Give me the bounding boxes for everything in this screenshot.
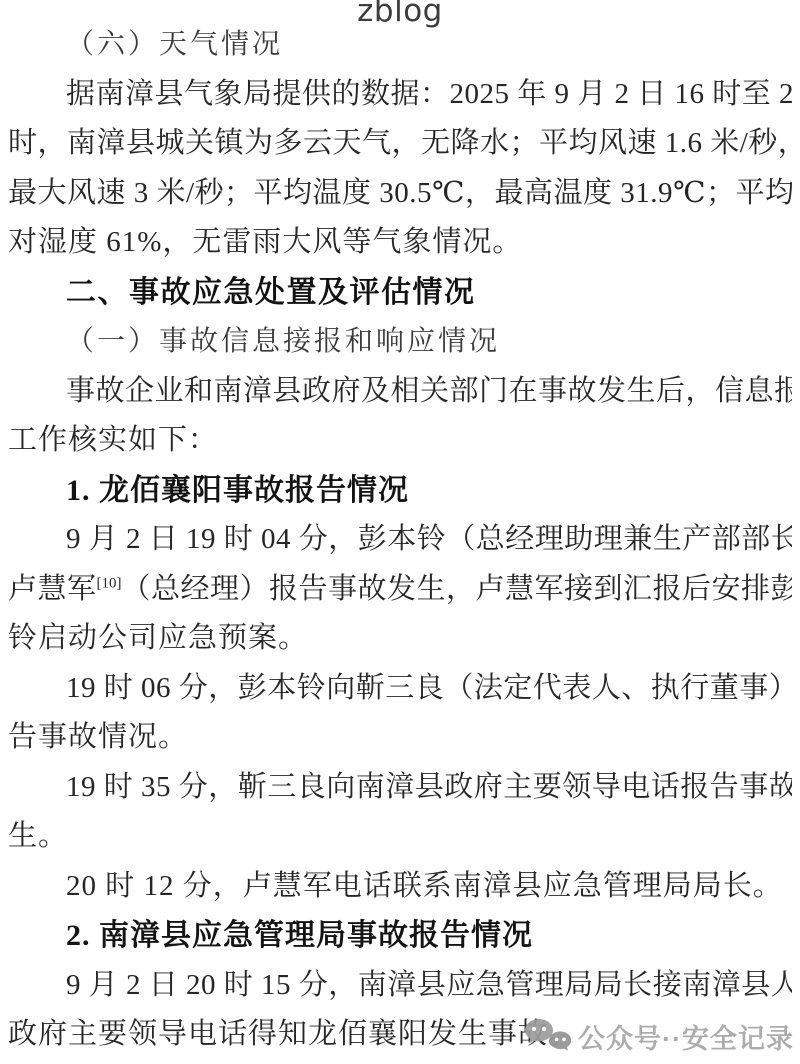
scanned-report-page: zblog （六）天气情况 据南漳县气象局提供的数据：2025 年 9 月 2 … (0, 0, 800, 1064)
weather-paragraph-line-3: 最大风速 3 米/秒；平均温度 30.5℃，最高温度 31.9℃；平均相 (8, 169, 792, 219)
account-watermark-text: 公众号··安全记录 (578, 1017, 794, 1056)
text-before-footnote: 卢慧军 (8, 573, 97, 605)
weather-paragraph-line-2: 时，南漳县城关镇为多云天气，无降水；平均风速 1.6 米/秒， (8, 119, 792, 169)
longbai-paragraph-line-3: 铃启动公司应急预案。 (8, 614, 792, 664)
report-1906-line-1: 19 时 06 分，彭本铃向靳三良（法定代表人、执行董事）报 (8, 664, 792, 714)
subheading-weather: （六）天气情况 (8, 20, 792, 70)
intro-paragraph-line-1: 事故企业和南漳县政府及相关部门在事故发生后，信息报告 (8, 367, 792, 417)
report-1935-line-1: 19 时 35 分，靳三良向南漳县政府主要领导电话报告事故发 (8, 763, 792, 813)
report-1935-line-2: 生。 (8, 812, 792, 862)
report-2012-line: 20 时 12 分，卢慧军电话联系南漳县应急管理局局长。 (8, 862, 792, 912)
heading-emergency-response: 二、事故应急处置及评估情况 (8, 268, 792, 318)
subheading-longbai-report: 1. 龙佰襄阳事故报告情况 (8, 466, 792, 516)
subheading-info-reporting: （一）事故信息接报和响应情况 (8, 317, 792, 367)
intro-paragraph-line-2: 工作核实如下： (8, 416, 792, 466)
subheading-county-bureau-report: 2. 南漳县应急管理局事故报告情况 (8, 911, 792, 961)
bureau-paragraph-line-1: 9 月 2 日 20 时 15 分，南漳县应急管理局局长接南漳县人民 (8, 961, 792, 1011)
longbai-paragraph-line-1: 9 月 2 日 19 时 04 分，彭本铃（总经理助理兼生产部部长）向 (8, 515, 792, 565)
chat-bubbles-icon (523, 1016, 573, 1056)
report-1906-line-2: 告事故情况。 (8, 713, 792, 763)
footnote-ref-10: [10] (97, 575, 122, 591)
longbai-paragraph-line-2: 卢慧军[10]（总经理）报告事故发生，卢慧军接到汇报后安排彭本 (8, 565, 792, 615)
weather-paragraph-line-1: 据南漳县气象局提供的数据：2025 年 9 月 2 日 16 时至 20 (8, 70, 792, 120)
account-watermark: 公众号··安全记录 (523, 1016, 794, 1056)
weather-paragraph-line-4: 对湿度 61%，无雷雨大风等气象情况。 (8, 218, 792, 268)
text-after-footnote: （总经理）报告事故发生，卢慧军接到汇报后安排彭本 (122, 573, 792, 605)
document-content: （六）天气情况 据南漳县气象局提供的数据：2025 年 9 月 2 日 16 时… (8, 20, 792, 1060)
